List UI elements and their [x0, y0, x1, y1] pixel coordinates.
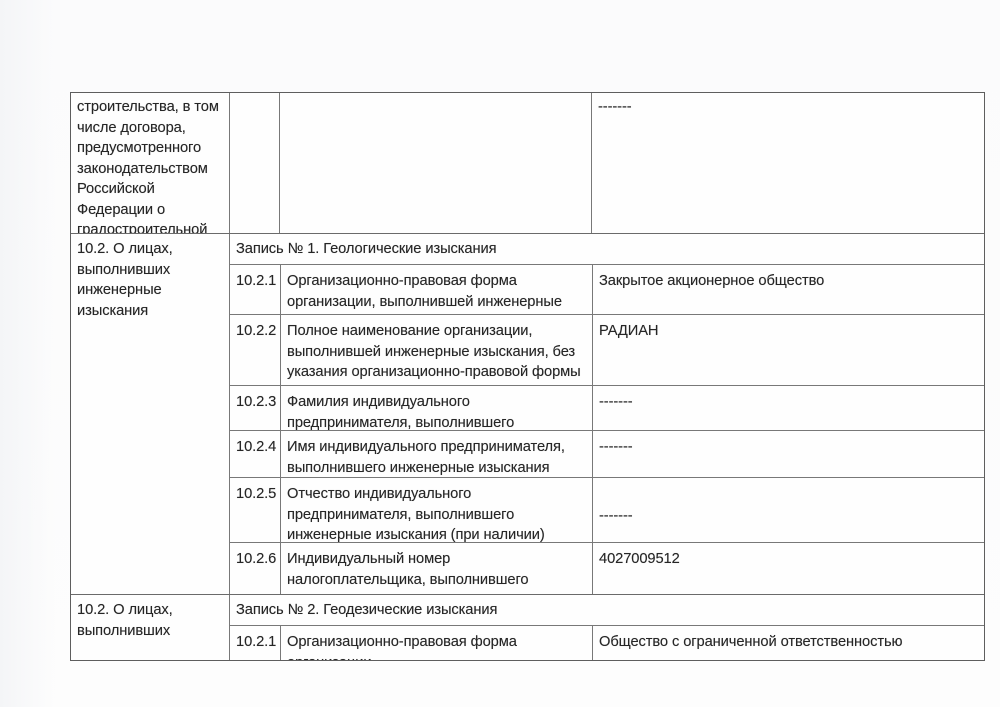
section-10-2-record-1: 10.2. О лицах, выполнивших инженерные из…	[71, 233, 984, 594]
row-description: Организационно-правовая форма организаци…	[280, 626, 592, 660]
row-description: Полное наименование организации, выполни…	[280, 315, 592, 385]
row-value: -------	[592, 386, 984, 430]
record-header: Запись № 2. Геодезические изыскания	[230, 595, 984, 625]
carryover-number-cell	[229, 93, 279, 233]
row-number: 10.2.3	[230, 386, 280, 430]
table-row: 10.2.1 Организационно-правовая форма орг…	[230, 264, 984, 314]
carryover-row: строительства, в том числе договора, пре…	[71, 93, 984, 233]
row-description: Имя индивидуального предпринимателя, вып…	[280, 431, 592, 477]
table-row: 10.2.5 Отчество индивидуального предприн…	[230, 477, 984, 542]
carryover-value: -------	[591, 93, 984, 233]
row-number: 10.2.6	[230, 543, 280, 594]
carryover-description-cell	[279, 93, 591, 233]
row-description: Индивидуальный номер налогоплательщика, …	[280, 543, 592, 594]
table-row: 10.2.2 Полное наименование организации, …	[230, 314, 984, 385]
section-body: Запись № 2. Геодезические изыскания 10.2…	[229, 595, 984, 660]
main-table: строительства, в том числе договора, пре…	[70, 92, 985, 661]
table-row: 10.2.1 Организационно-правовая форма орг…	[230, 625, 984, 660]
row-number: 10.2.1	[230, 265, 280, 314]
section-body: Запись № 1. Геологические изыскания 10.2…	[229, 234, 984, 594]
table-row: 10.2.3 Фамилия индивидуального предприни…	[230, 385, 984, 430]
row-description: Фамилия индивидуального предпринимателя,…	[280, 386, 592, 430]
row-number: 10.2.4	[230, 431, 280, 477]
record-header: Запись № 1. Геологические изыскания	[230, 234, 984, 264]
row-number: 10.2.2	[230, 315, 280, 385]
row-value: -------	[592, 478, 984, 542]
table-row: 10.2.4 Имя индивидуального предпринимате…	[230, 430, 984, 477]
table-row: 10.2.6 Индивидуальный номер налогоплател…	[230, 542, 984, 594]
row-description: Организационно-правовая форма организаци…	[280, 265, 592, 314]
row-number: 10.2.1	[230, 626, 280, 660]
section-10-2-record-2: 10.2. О лицах, выполнивших Запись № 2. Г…	[71, 594, 984, 660]
row-value: -------	[592, 431, 984, 477]
section-label: 10.2. О лицах, выполнивших	[71, 595, 229, 660]
row-description: Отчество индивидуального предпринимателя…	[280, 478, 592, 542]
row-value: 4027009512	[592, 543, 984, 594]
row-value: РАДИАН	[592, 315, 984, 385]
carryover-section-label: строительства, в том числе договора, пре…	[71, 93, 229, 233]
scanned-document-page: строительства, в том числе договора, пре…	[0, 0, 1000, 707]
row-value: Закрытое акционерное общество	[592, 265, 984, 314]
row-number: 10.2.5	[230, 478, 280, 542]
row-value: Общество с ограниченной ответственностью	[592, 626, 984, 660]
section-label: 10.2. О лицах, выполнивших инженерные из…	[71, 234, 229, 594]
